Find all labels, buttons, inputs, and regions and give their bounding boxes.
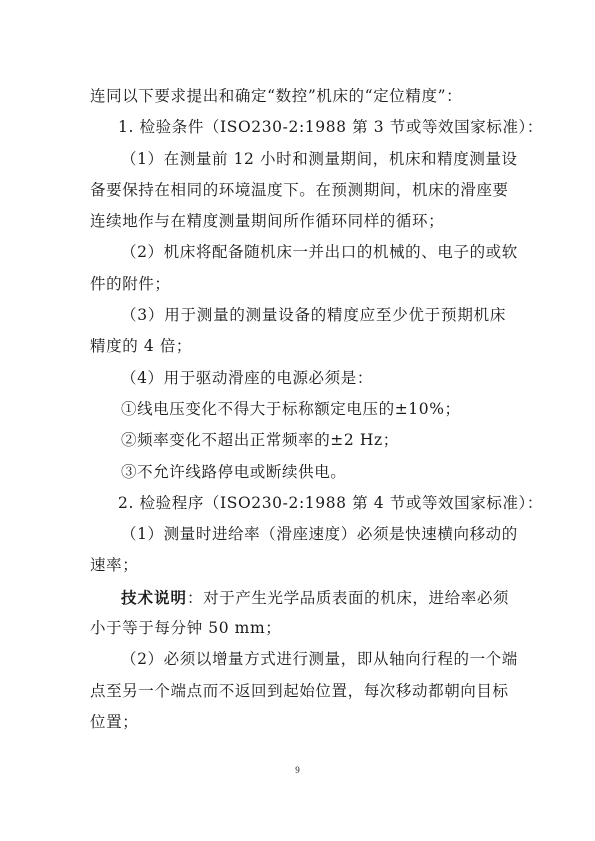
paragraph-line: 位置； (90, 707, 506, 738)
section-2-heading: 2. 检验程序（ISO230-2:1988 第 4 节或等效国家标准）： (90, 488, 506, 519)
paragraph-line: 精度的 4 倍； (90, 331, 506, 362)
page-number: 9 (0, 765, 595, 775)
section-1-heading: 1. 检验条件（ISO230-2:1988 第 3 节或等效国家标准）： (90, 112, 506, 143)
paragraph-line: （1）测量时进给率（滑座速度）必须是快速横向移动的 (90, 519, 506, 550)
paragraph-line: 点至另一个端点而不返回到起始位置，每次移动都朝向目标 (90, 676, 506, 707)
paragraph-line: （1）在测量前 12 小时和测量期间，机床和精度测量设 (90, 144, 506, 175)
paragraph-line: （3）用于测量的测量设备的精度应至少优于预期机床 (90, 300, 506, 331)
paragraph-line: 速率； (90, 550, 506, 581)
technical-note-text: ：对于产生光学品质表面的机床，进给率必须 (187, 589, 509, 607)
technical-note-label: 技术说明 (121, 588, 187, 607)
paragraph-line: 小于等于每分钟 50 mm； (90, 613, 506, 644)
body-text: 连同以下要求提出和确定“数控”机床的“定位精度”： 1. 检验条件（ISO230… (90, 81, 506, 738)
list-item: ①线电压变化不得大于标称额定电压的±10%； (90, 394, 506, 425)
paragraph-line: （4）用于驱动滑座的电源必须是： (90, 363, 506, 394)
paragraph-line: 连续地作与在精度测量期间所作循环同样的循环； (90, 206, 506, 237)
document-page: 连同以下要求提出和确定“数控”机床的“定位精度”： 1. 检验条件（ISO230… (0, 0, 595, 841)
paragraph-line: 备要保持在相同的环境温度下。在预测期间，机床的滑座要 (90, 175, 506, 206)
paragraph-line: （2）必须以增量方式进行测量，即从轴向行程的一个端 (90, 644, 506, 675)
list-item: ②频率变化不超出正常频率的±2 Hz； (90, 425, 506, 456)
intro-line: 连同以下要求提出和确定“数控”机床的“定位精度”： (90, 81, 506, 112)
paragraph-line: 件的附件； (90, 269, 506, 300)
technical-note-line: 技术说明：对于产生光学品质表面的机床，进给率必须 (90, 582, 506, 613)
list-item: ③不允许线路停电或断续供电。 (90, 457, 506, 488)
paragraph-line: （2）机床将配备随机床一并出口的机械的、电子的或软 (90, 237, 506, 268)
